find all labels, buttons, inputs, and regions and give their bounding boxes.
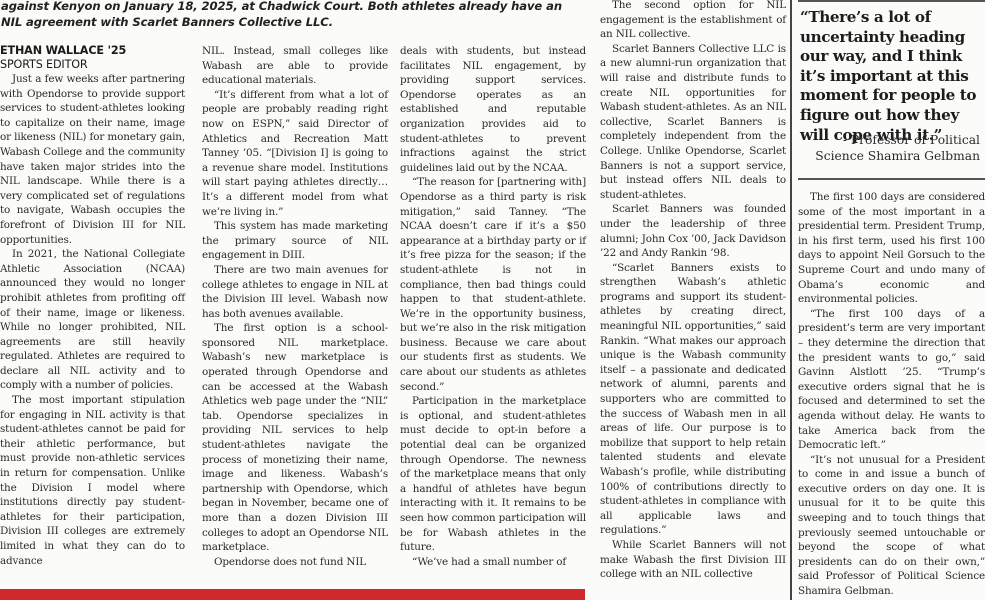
article-column-3: deals with students, but instead facilit… — [400, 44, 586, 569]
paragraph: “It’s different from what a lot of peopl… — [202, 88, 388, 219]
paragraph: There are two main avenues for college a… — [202, 263, 388, 321]
article-column-2: NIL. Instead, small colleges like Wabash… — [202, 44, 388, 569]
paragraph: This system has made marketing the prima… — [202, 219, 388, 263]
byline: ETHAN WALLACE '25 SPORTS EDITOR — [0, 44, 185, 72]
paragraph: The most important stipulation for engag… — [0, 393, 185, 568]
column-divider — [790, 0, 792, 600]
paragraph: “We’ve had a small number of — [400, 555, 586, 570]
paragraph: Scarlet Banners Collective LLC is a new … — [600, 42, 786, 203]
paragraph: “The first 100 days of a president’s ter… — [798, 307, 985, 453]
paragraph: Participation in the marketplace is opti… — [400, 394, 586, 555]
sidebar-article-column: The first 100 days are considered some o… — [798, 190, 985, 599]
paragraph: Opendorse does not fund NIL — [202, 555, 388, 570]
section-footer-bar — [0, 589, 585, 600]
paragraph-continued: deals with students, but instead facilit… — [400, 44, 586, 175]
photo-caption: against Kenyon on January 18, 2025, at C… — [1, 0, 586, 30]
article-column-4: The second option for NIL engagement is … — [600, 0, 786, 582]
pull-quote-top-rule — [798, 0, 985, 2]
article-column-1: ETHAN WALLACE '25 SPORTS EDITOR Just a f… — [0, 44, 185, 568]
pull-quote: “There’s a lot of uncertainty heading ou… — [800, 8, 982, 145]
paragraph: While Scarlet Banners will not make Waba… — [600, 538, 786, 582]
paragraph: Scarlet Banners was founded under the le… — [600, 202, 786, 260]
paragraph-continued: NIL. Instead, small colleges like Wabash… — [202, 44, 388, 88]
paragraph: The first option is a school-sponsored N… — [202, 321, 388, 555]
paragraph: In 2021, the National Collegiate Athleti… — [0, 247, 185, 393]
pull-quote-bottom-rule — [798, 178, 985, 180]
paragraph: Just a few weeks after partnering with O… — [0, 72, 185, 247]
paragraph: The second option for NIL engagement is … — [600, 0, 786, 42]
paragraph: “The reason for [partnering with] Opendo… — [400, 175, 586, 394]
paragraph: “It’s not unusual for a President to com… — [798, 453, 985, 599]
paragraph: The first 100 days are considered some o… — [798, 190, 985, 307]
pull-quote-attribution: - Professor of Political Science Shamira… — [800, 132, 980, 164]
paragraph: “Scarlet Banners exists to strengthen Wa… — [600, 261, 786, 538]
author-name: ETHAN WALLACE '25 — [0, 44, 185, 58]
author-title: SPORTS EDITOR — [0, 58, 185, 72]
